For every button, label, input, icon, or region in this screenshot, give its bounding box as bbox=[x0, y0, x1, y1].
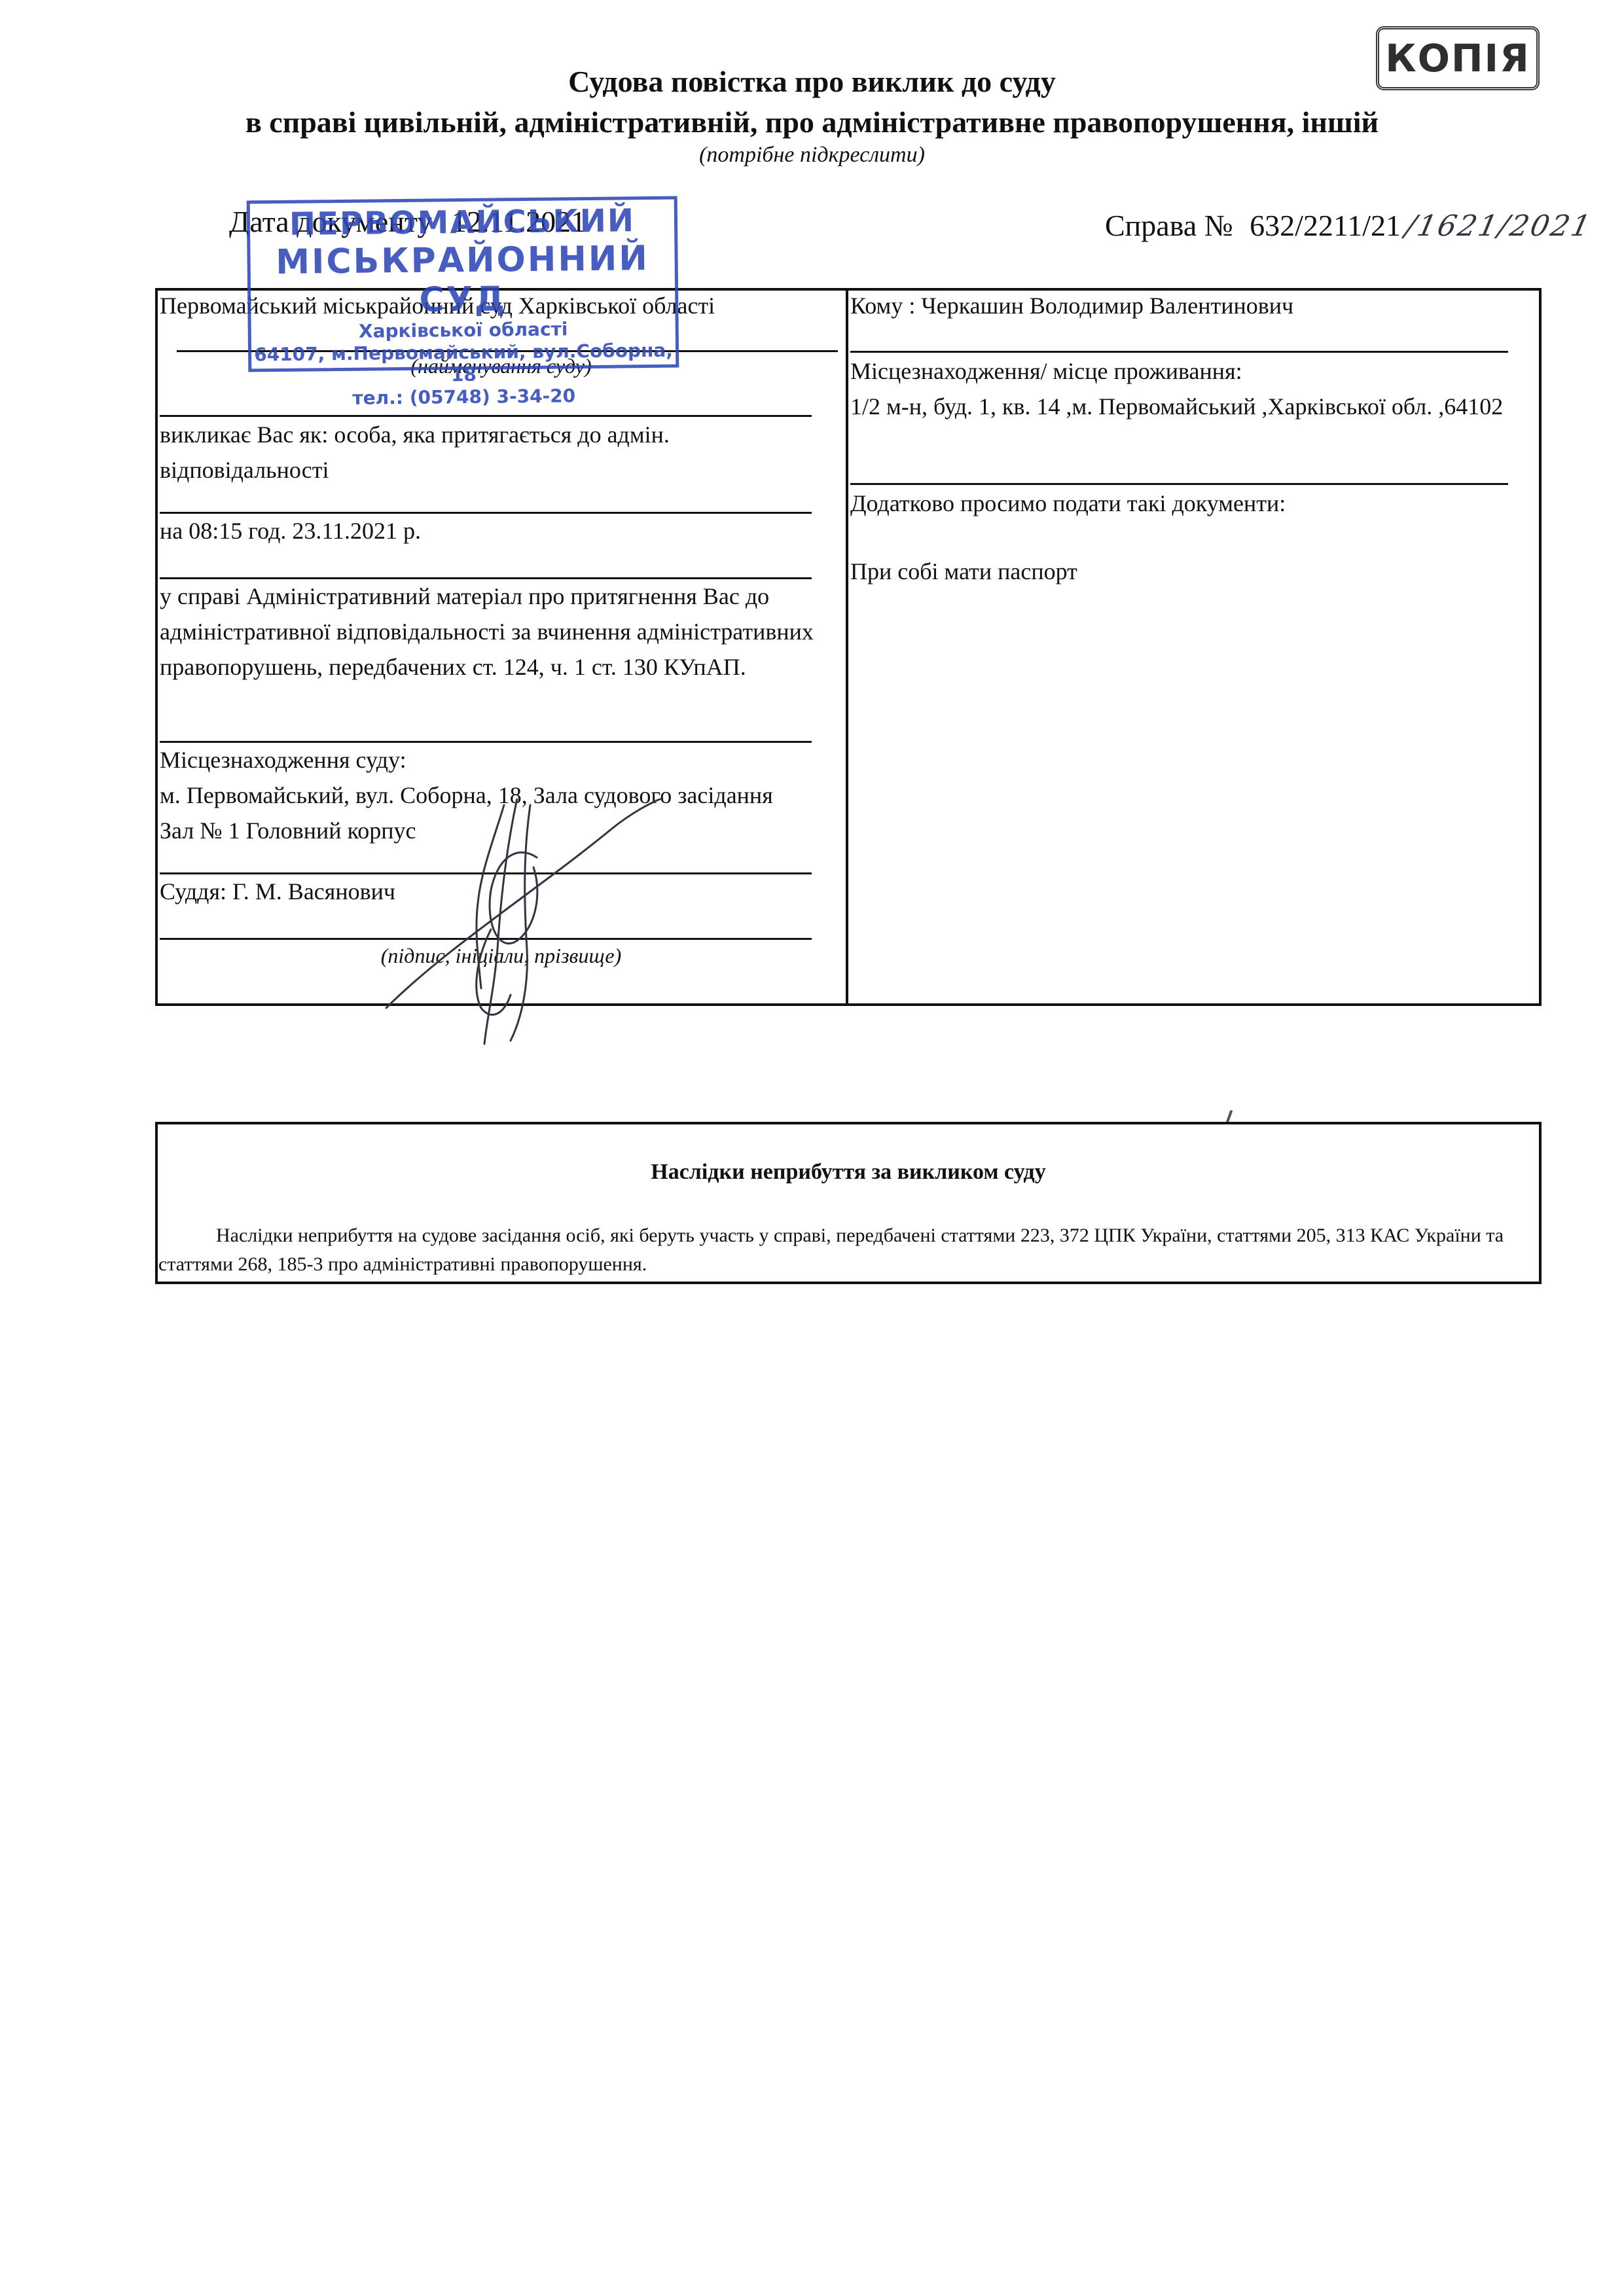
copy-stamp: КОПІЯ bbox=[1376, 26, 1540, 90]
case-handwritten-note: /1621/2021 bbox=[1403, 209, 1595, 243]
court-location-label: Місцезнаходження суду: bbox=[160, 742, 840, 778]
hearing-time: на 08:15 год. 23.11.2021 р. bbox=[160, 513, 840, 548]
divider bbox=[850, 483, 1508, 485]
case-label: Справа № bbox=[1105, 209, 1233, 242]
consequences-text: Наслідки неприбуття на судове засідання … bbox=[158, 1221, 1533, 1279]
stamp-line-4: 64107, м.Первомайський, вул.Соборна, 18 bbox=[251, 340, 676, 389]
stamp-line-5: тел.: (05748) 3-34-20 bbox=[252, 384, 676, 411]
documents-label: Додатково просимо подати такі документи: bbox=[850, 486, 1531, 521]
column-divider bbox=[846, 288, 848, 1006]
document-subtitle: в справі цивільній, адміністративній, пр… bbox=[0, 105, 1624, 139]
recipient: Кому : Черкашин Володимир Валентинович bbox=[850, 288, 1531, 323]
stamp-line-2: МІСЬКРАЙОННИЙ СУД bbox=[250, 239, 675, 322]
judge-signature-icon bbox=[367, 798, 707, 1047]
stamp-line-1: ПЕРВОМАЙСЬКИЙ bbox=[250, 202, 675, 243]
consequences-title: Наслідки неприбуття за викликом суду bbox=[155, 1160, 1542, 1185]
case-subject: у справі Адміністративний матеріал про п… bbox=[160, 579, 844, 685]
address-label: Місцезнаходження/ місце проживання: bbox=[850, 353, 1531, 389]
court-stamp: ПЕРВОМАЙСЬКИЙ МІСЬКРАЙОННИЙ СУД Харківсь… bbox=[247, 196, 679, 372]
documents-required: При собі мати паспорт bbox=[850, 554, 1531, 589]
summons-as: викликає Вас як: особа, яка притягається… bbox=[160, 417, 814, 488]
copy-stamp-label: КОПІЯ bbox=[1385, 36, 1530, 81]
divider bbox=[850, 351, 1508, 353]
case-number-value: 632/2211/21 bbox=[1250, 209, 1401, 242]
case-number: Справа № 632/2211/21/1621/2021 bbox=[1105, 208, 1592, 243]
recipient-address: 1/2 м-н, буд. 1, кв. 14 ,м. Первомайськи… bbox=[850, 389, 1505, 424]
document-subtitle-note: (потрібне підкреслити) bbox=[0, 143, 1624, 168]
